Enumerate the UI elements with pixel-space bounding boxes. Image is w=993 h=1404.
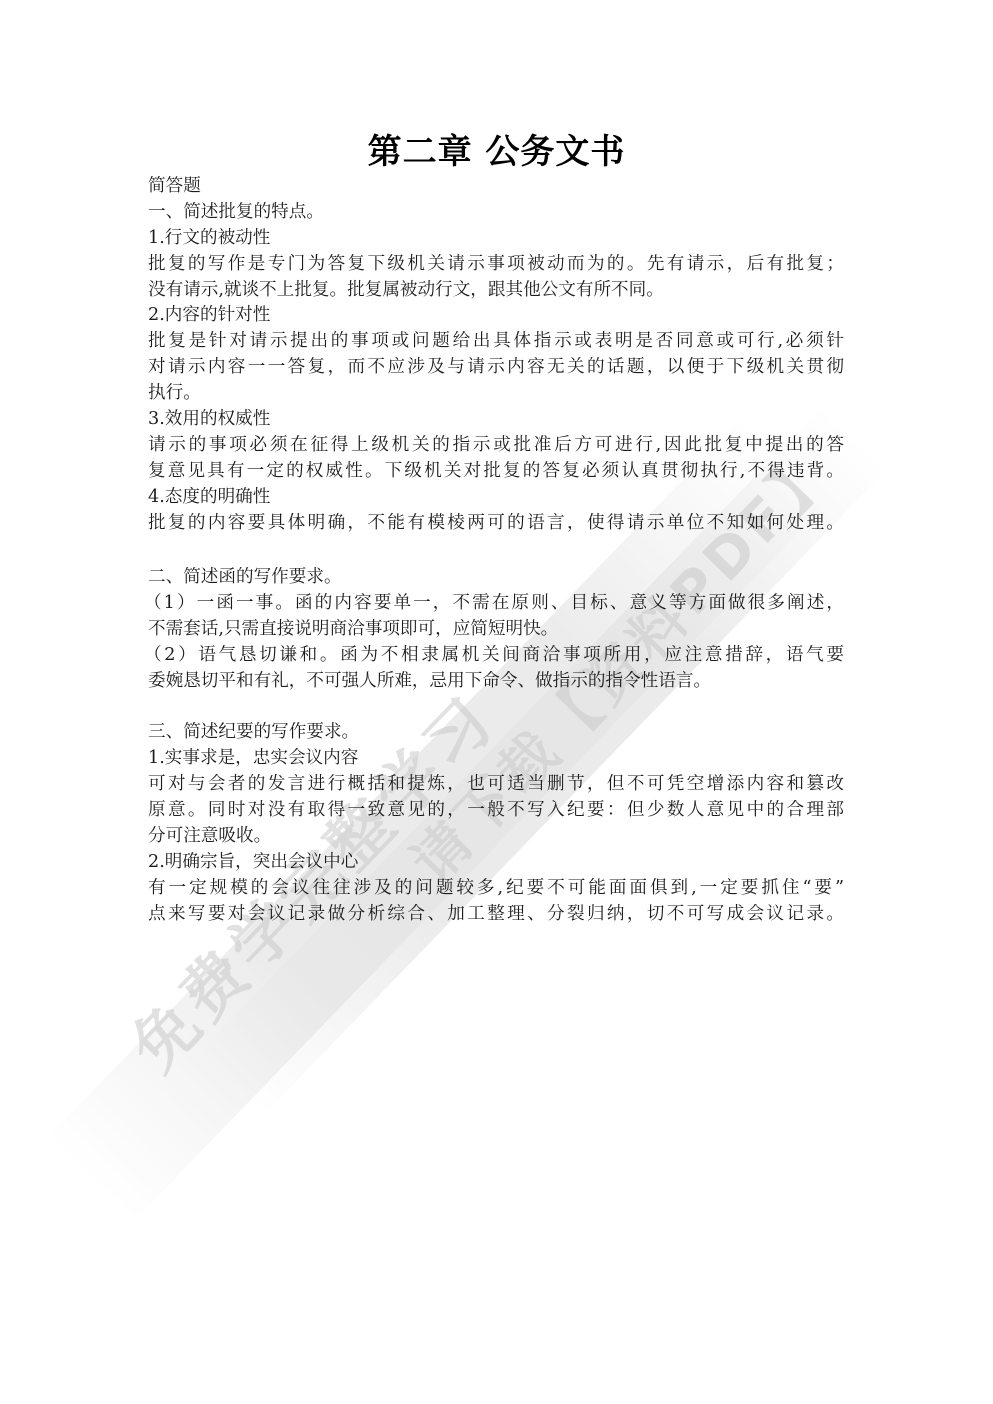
subheading: 2.明确宗旨，突出会议中心 (148, 849, 358, 875)
subheading: 4.态度的明确性 (148, 484, 270, 510)
paragraph-line: 执行。 (148, 380, 201, 406)
subheading: 1.行文的被动性 (148, 225, 270, 251)
paragraph-line: 批复是针对请示提出的事项或问题给出具体指示或表明是否同意或可行,必须针 (148, 328, 844, 354)
subheading: 2.内容的针对性 (148, 302, 270, 328)
question-heading-3: 三、简述纪要的写作要求。 (148, 719, 359, 745)
paragraph-line: 委婉恳切平和有礼，不可强人所难，忌用下命令、做指示的指令性语言。 (148, 668, 711, 694)
section-label: 简答题 (148, 173, 201, 199)
page-title: 第二章 公务文书 (0, 124, 993, 173)
paragraph-line: 分可注意吸收。 (148, 823, 271, 849)
paragraph-line: 对请示内容一一答复，而不应涉及与请示内容无关的话题，以便于下级机关贯彻 (148, 354, 844, 380)
question-heading-1: 一、简述批复的特点。 (148, 199, 324, 225)
paragraph-line: 批复的写作是专门为答复下级机关请示事项被动而为的。先有请示，后有批复； (148, 251, 844, 277)
paragraph-line: 请示的事项必须在征得上级机关的指示或批准后方可进行,因此批复中提出的答 (148, 432, 844, 458)
question-heading-2: 二、简述函的写作要求。 (148, 564, 342, 590)
subheading: 3.效用的权威性 (148, 406, 270, 432)
paragraph-line: （1）一函一事。函的内容要单一，不需在原则、目标、意义等方面做很多阐述， (144, 590, 844, 616)
paragraph-line: 不需套话,只需直接说明商洽事项即可，应简短明快。 (148, 616, 558, 642)
paragraph-line: 可对与会者的发言进行概括和提炼，也可适当删节，但不可凭空增添内容和篡改 (148, 771, 844, 797)
paragraph-line: 复意见具有一定的权威性。下级机关对批复的答复必须认真贯彻执行,不得违背。 (148, 458, 844, 484)
paragraph-line: （2）语气恳切谦和。函为不相隶属机关间商洽事项所用，应注意措辞，语气要 (144, 642, 844, 668)
paragraph-line: 原意。同时对没有取得一致意见的，一般不写入纪要：但少数人意见中的合理部 (148, 797, 844, 823)
paragraph-line: 点来写要对会议记录做分析综合、加工整理、分裂归纳，切不可写成会议记录。 (148, 901, 844, 927)
paragraph-line: 有一定规模的会议往往涉及的问题较多,纪要不可能面面俱到,一定要抓住“要” (148, 875, 844, 901)
paragraph-line: 批复的内容要具体明确，不能有模棱两可的语言，使得请示单位不知如何处理。 (148, 510, 844, 536)
paragraph-line: 没有请示,就谈不上批复。批复属被动行文，跟其他公文有所不同。 (148, 277, 664, 303)
subheading: 1.实事求是，忠实会议内容 (148, 745, 358, 771)
